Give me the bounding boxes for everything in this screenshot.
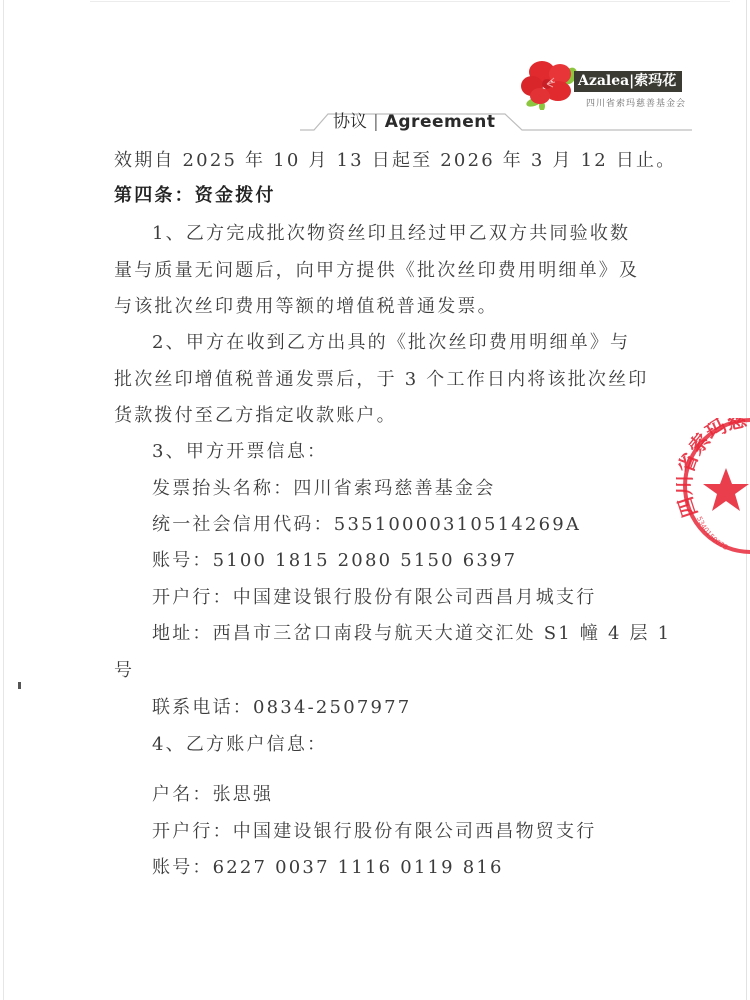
clause4-title: 4、乙方账户信息： [152, 730, 327, 756]
party-b-account: 账号：6227 0037 1116 0119 816 [152, 853, 504, 879]
party-a-phone: 联系电话：0834-2507977 [152, 693, 411, 719]
article-title: 第四条：资金拨付 [114, 181, 276, 207]
party-b-account-name: 户名：张思强 [152, 780, 273, 806]
agreement-header: 协议|Agreement [300, 104, 700, 134]
validity-period: 效期自 2025 年 10 月 13 日起至 2026 年 3 月 12 日止。 [114, 146, 676, 172]
clause2-line1: 2、甲方在收到乙方出具的《批次丝印费用明细单》与 [152, 328, 630, 354]
credit-code: 统一社会信用代码：53510000310514269A [152, 510, 581, 536]
party-b-bank: 开户行：中国建设银行股份有限公司西昌物贸支行 [152, 817, 596, 843]
clause1-line1: 1、乙方完成批次物资丝印且经过甲乙双方共同验收数 [152, 219, 630, 245]
page-edge-top [90, 1, 730, 2]
party-a-bank: 开户行：中国建设银行股份有限公司西昌月城支行 [152, 583, 596, 609]
header-title: 协议|Agreement [333, 107, 495, 132]
clause2-line2: 批次丝印增值税普通发票后，于 3 个工作日内将该批次丝印 [114, 365, 649, 391]
party-a-account: 账号：5100 1815 2080 5150 6397 [152, 546, 517, 572]
seal-star-icon [703, 468, 749, 511]
logo-brand-name: Azalea|索玛花 [574, 71, 682, 92]
header-separator: | [373, 112, 379, 132]
page-edge-left [3, 0, 4, 1000]
header-title-cn: 协议 [333, 112, 367, 132]
invoice-title: 发票抬头名称：四川省索玛慈善基金会 [152, 474, 495, 500]
party-a-address-line2: 号 [114, 656, 134, 682]
header-title-en: Agreement [385, 112, 496, 132]
svg-text:5340150078: 5340150078 [695, 515, 729, 552]
azalea-flower-icon [520, 58, 580, 110]
clause3-title: 3、甲方开票信息： [152, 437, 327, 463]
official-seal-stamp: 四川省索玛慈 5340150078 [676, 418, 750, 568]
party-a-address-line1: 地址：西昌市三岔口南段与航天大道交汇处 S1 幢 4 层 1 [152, 619, 671, 645]
seal-number: 5340150078 [695, 515, 729, 552]
scan-artifact [18, 682, 21, 689]
clause1-line2: 量与质量无问题后，向甲方提供《批次丝印费用明细单》及 [114, 256, 639, 282]
clause1-line3: 与该批次丝印费用等额的增值税普通发票。 [114, 292, 498, 318]
clause2-line3: 货款拨付至乙方指定收款账户。 [114, 401, 397, 427]
